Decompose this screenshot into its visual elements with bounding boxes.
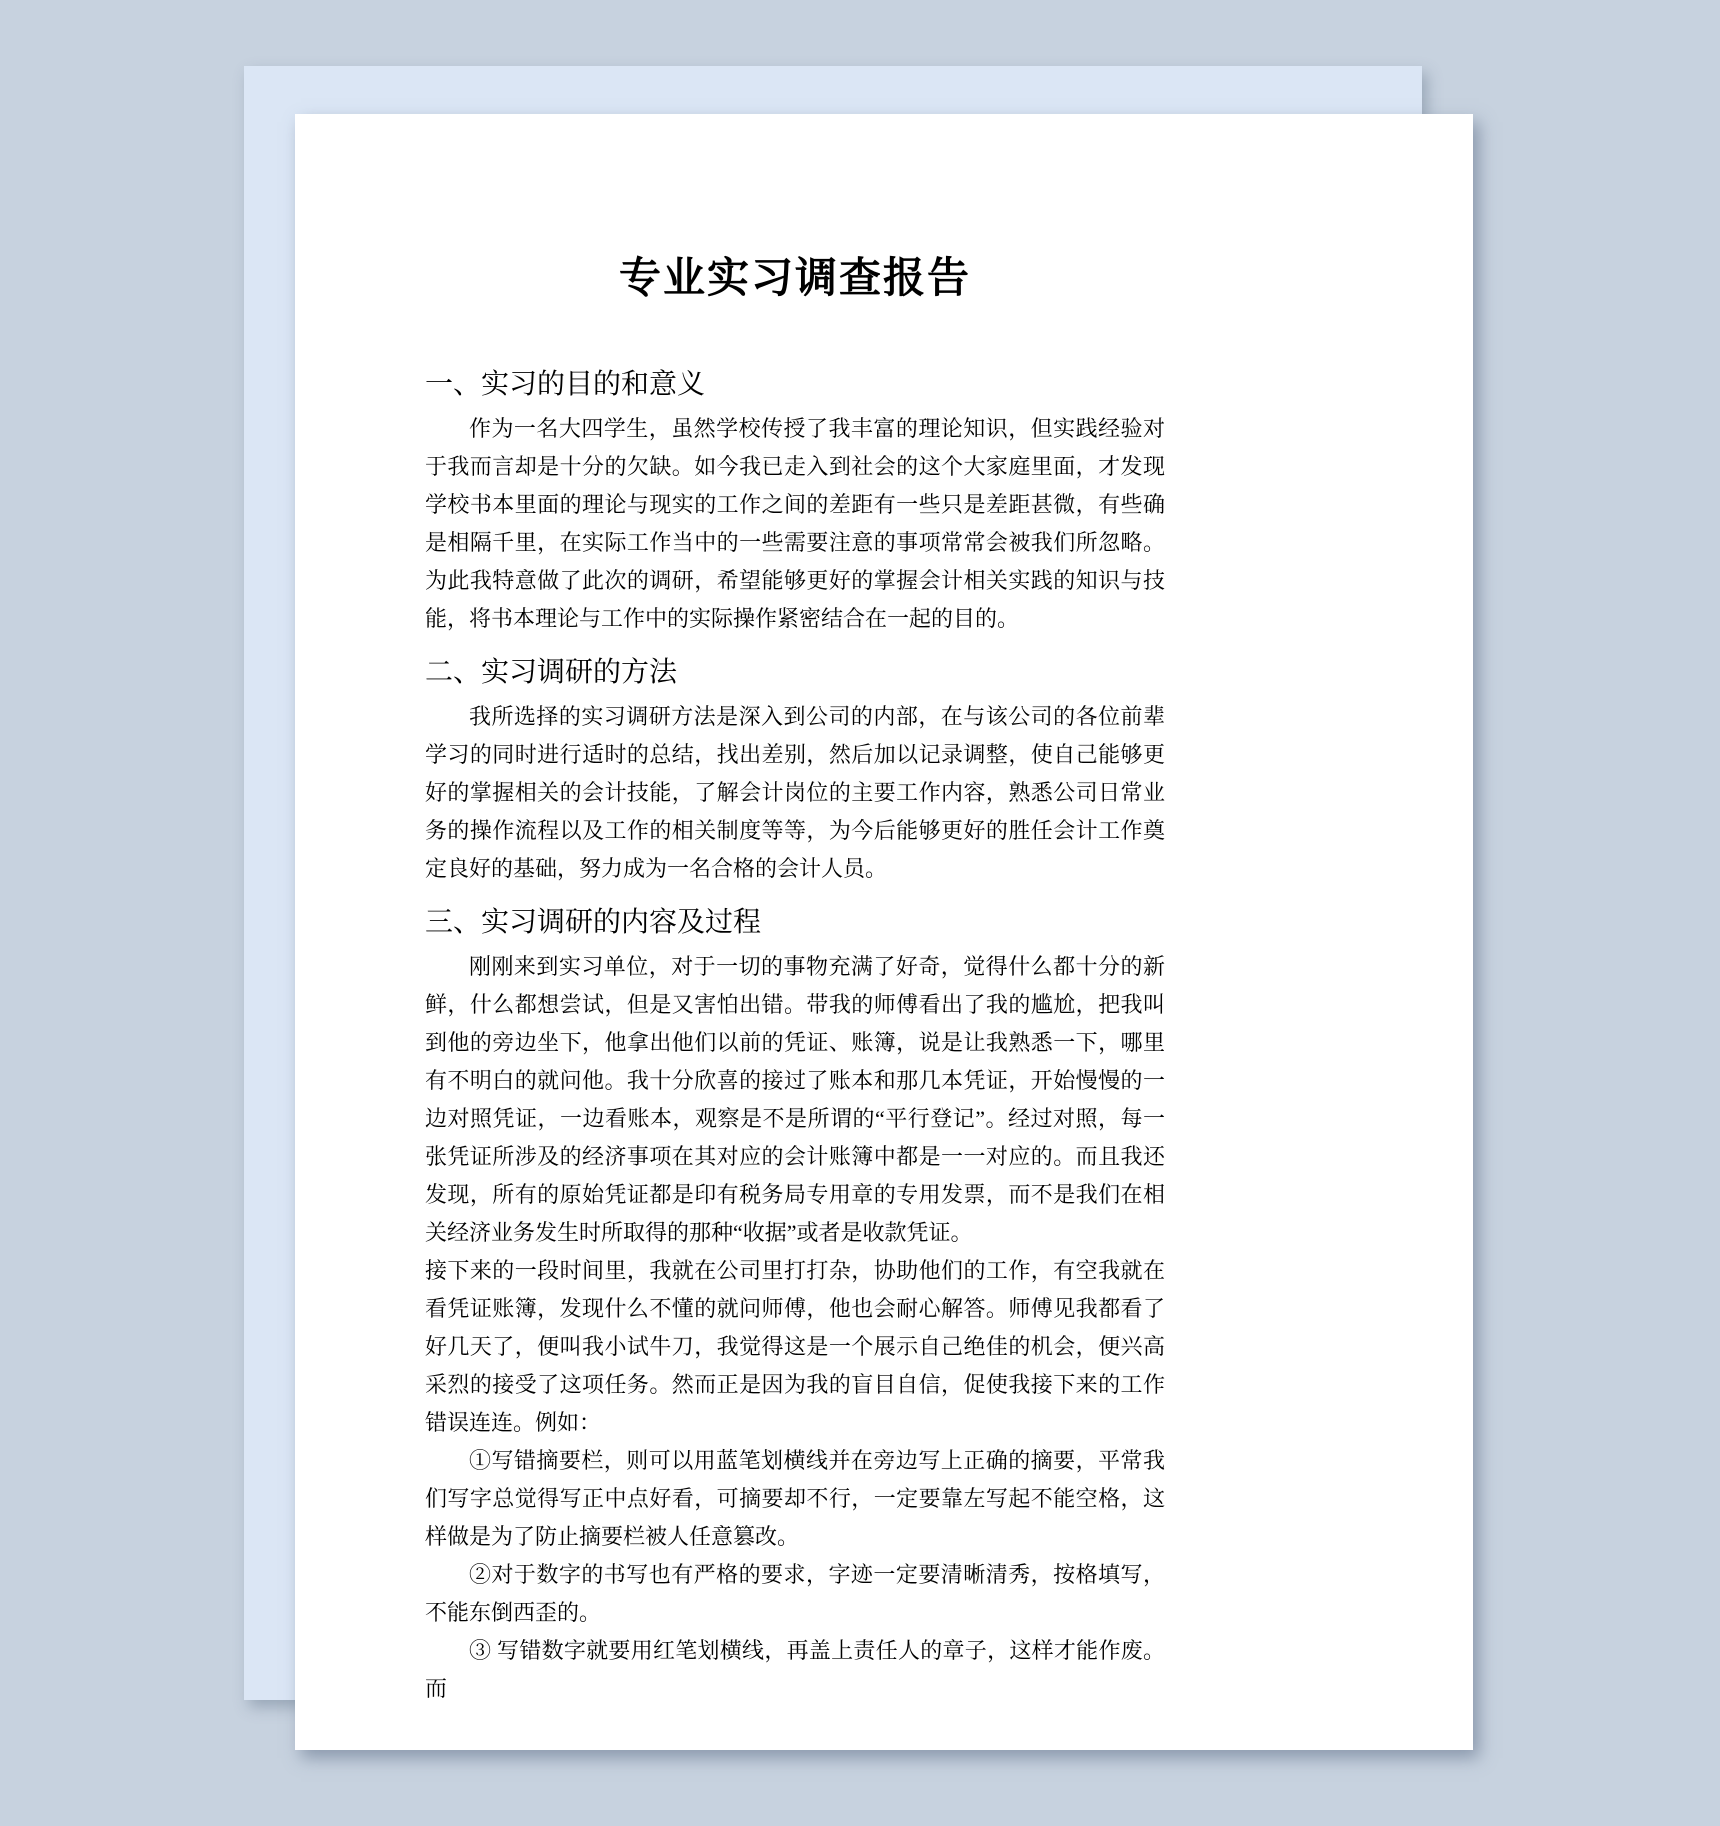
section-heading-1: 一、实习的目的和意义	[425, 364, 1165, 404]
paragraph: 刚刚来到实习单位，对于一切的事物充满了好奇，觉得什么都十分的新鲜，什么都想尝试，…	[425, 948, 1165, 1252]
document-page: 专业实习调查报告 一、实习的目的和意义 作为一名大四学生，虽然学校传授了我丰富的…	[295, 114, 1473, 1750]
section-heading-3: 三、实习调研的内容及过程	[425, 902, 1165, 942]
paragraph-numbered-3: ③ 写错数字就要用红笔划横线，再盖上责任人的章子，这样才能作废。而	[425, 1632, 1165, 1708]
paragraph-numbered-1: ①写错摘要栏，则可以用蓝笔划横线并在旁边写上正确的摘要，平常我们写字总觉得写正中…	[425, 1442, 1165, 1556]
document-title: 专业实习调查报告	[425, 250, 1165, 306]
paragraph: 作为一名大四学生，虽然学校传授了我丰富的理论知识，但实践经验对于我而言却是十分的…	[425, 410, 1165, 638]
app-background: { "doc": { "title": "专业实习调查报告", "section…	[0, 0, 1720, 1826]
section-heading-2: 二、实习调研的方法	[425, 652, 1165, 692]
paragraph: 我所选择的实习调研方法是深入到公司的内部，在与该公司的各位前辈学习的同时进行适时…	[425, 698, 1165, 888]
paragraph: 接下来的一段时间里，我就在公司里打打杂，协助他们的工作，有空我就在看凭证账簿，发…	[425, 1252, 1165, 1442]
paragraph-numbered-2: ②对于数字的书写也有严格的要求，字迹一定要清晰清秀，按格填写，不能东倒西歪的。	[425, 1556, 1165, 1632]
